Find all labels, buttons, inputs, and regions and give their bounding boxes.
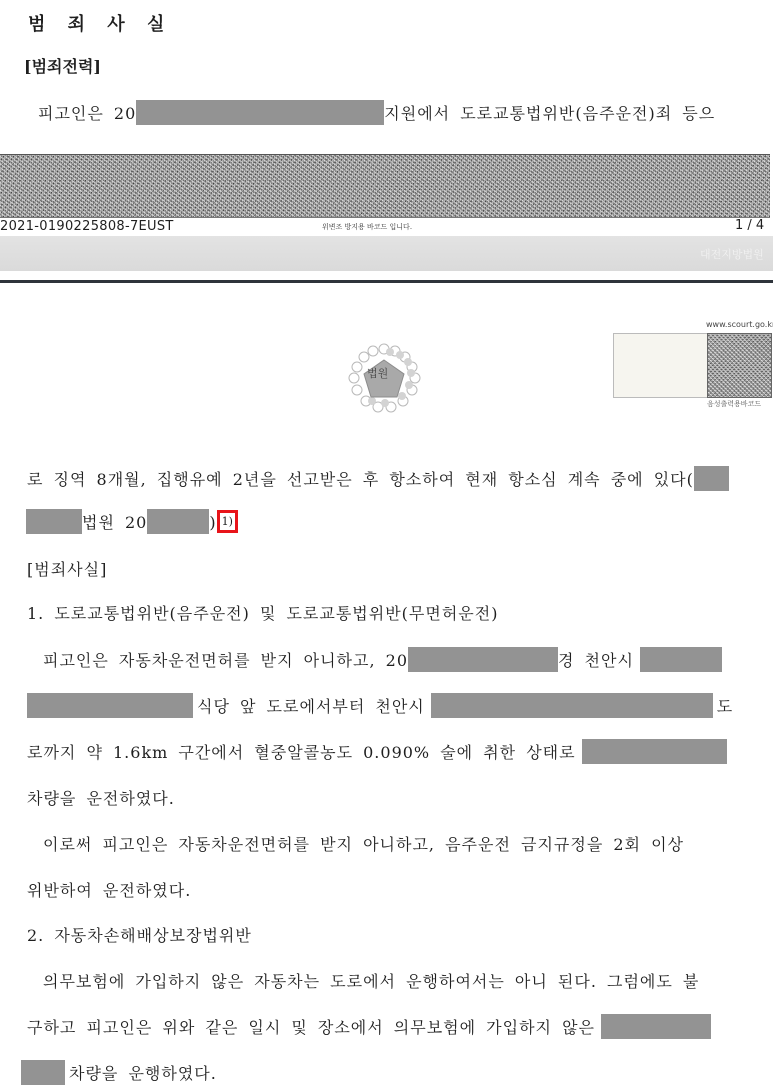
text: )	[209, 513, 216, 532]
redaction-box	[640, 647, 722, 672]
paragraph-line: 차량을 운행하였다.	[21, 1061, 217, 1087]
emblem-label: 법원	[367, 365, 388, 381]
text: 경 천안시	[558, 651, 634, 670]
paragraph-line: 로까지 약 1.6km 구간에서 혈중알콜농도 0.090% 술에 취한 상태로	[27, 740, 727, 766]
subheading-1: 1. 도로교통법위반(음주운전) 및 도로교통법위반(무면허운전)	[27, 601, 498, 627]
text: 피고인은 자동차운전면허를 받지 아니하고, 20	[43, 651, 408, 670]
qr-code-label: 음성출력용바코드	[707, 399, 761, 409]
paragraph-line: 구하고 피고인은 위와 같은 일시 및 장소에서 의무보험에 가입하지 않은	[27, 1015, 711, 1041]
redaction-box	[582, 739, 727, 764]
text: 지원에서 도로교통법위반(음주운전)죄 등으	[384, 104, 715, 123]
text: 차량을 운행하였다.	[69, 1064, 217, 1083]
barcode-note: 위변조 방지용 바코드 입니다.	[322, 222, 412, 232]
paragraph-line: 위반하여 운전하였다.	[27, 878, 191, 904]
section-heading-criminal-record: [범죄전력]	[24, 54, 101, 77]
paragraph-line: 식당 앞 도로에서부터 천안시도	[27, 694, 733, 720]
redaction-box	[431, 693, 713, 718]
footnote-marker[interactable]: 1)	[217, 510, 238, 533]
court-website-url: www.scourt.go.kr	[706, 320, 773, 329]
anti-forgery-barcode	[0, 154, 770, 218]
page-indicator: 1 / 4	[735, 218, 764, 233]
redaction-box	[27, 693, 193, 718]
redaction-box	[147, 509, 209, 534]
paragraph-line: 차량을 운전하였다.	[27, 786, 175, 812]
paragraph-line: 이로써 피고인은 자동차운전면허를 받지 아니하고, 음주운전 금지규정을 2회…	[43, 832, 684, 858]
text: 식당 앞 도로에서부터 천안시	[197, 697, 425, 716]
redaction-box	[601, 1014, 711, 1039]
section-heading-criminal-facts: [범죄사실]	[27, 557, 107, 583]
redaction-box	[26, 509, 82, 534]
paragraph-line: 피고인은 자동차운전면허를 받지 아니하고, 20경 천안시	[43, 648, 722, 674]
text: 구하고 피고인은 위와 같은 일시 및 장소에서 의무보험에 가입하지 않은	[27, 1018, 595, 1037]
document-title: 범 죄 사 실	[28, 10, 172, 36]
subheading-2: 2. 자동차손해배상보장법위반	[27, 923, 252, 949]
document-code: 2021-0190225808-7EUST	[0, 219, 174, 234]
paragraph-line: 로 징역 8개월, 집행유예 2년을 선고받은 후 항소하여 현재 항소심 계속…	[27, 467, 729, 493]
court-watermark: 대전지방법원	[700, 246, 764, 262]
redaction-box	[408, 647, 558, 672]
text: 피고인은 20	[38, 104, 136, 123]
page-divider	[0, 280, 773, 283]
redaction-box	[136, 100, 384, 125]
paragraph-line: 피고인은 20지원에서 도로교통법위반(음주운전)죄 등으	[38, 101, 715, 127]
text: 도	[717, 697, 733, 716]
redaction-box	[21, 1060, 65, 1085]
paragraph-line: 의무보험에 가입하지 않은 자동차는 도로에서 운행하여서는 아니 된다. 그럼…	[43, 969, 699, 995]
redaction-box	[694, 466, 729, 491]
barcode-blank-area	[613, 333, 708, 398]
paragraph-line: 법원 20)1)	[0, 510, 238, 536]
text: 법원 20	[82, 513, 147, 532]
text: 로 징역 8개월, 집행유예 2년을 선고받은 후 항소하여 현재 항소심 계속…	[27, 470, 694, 489]
footer-band	[0, 236, 773, 271]
text: 로까지 약 1.6km 구간에서 혈중알콜농도 0.090% 술에 취한 상태로	[27, 743, 576, 762]
qr-code	[707, 333, 772, 398]
